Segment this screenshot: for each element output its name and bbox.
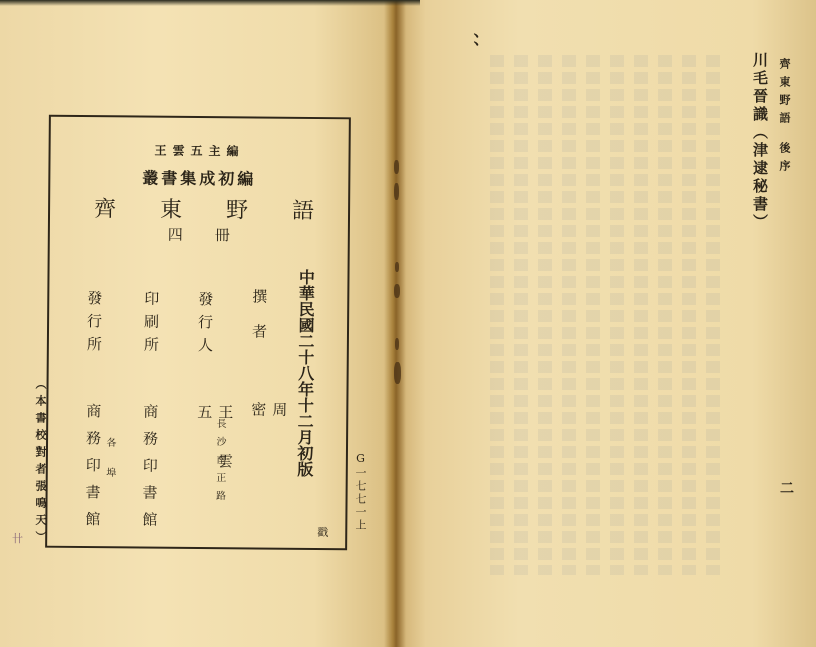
show-through-text [586, 55, 600, 575]
book-title: 齊東野語 [50, 192, 348, 226]
page-top-shadow [0, 0, 420, 6]
show-through-text [682, 55, 696, 575]
running-header-section: 後序 [778, 142, 791, 178]
postface-signature: 川毛晉識（津逮秘書） [750, 52, 771, 232]
catalog-code: G一七七一上 [352, 452, 368, 532]
volume-count: 四冊 [50, 223, 348, 247]
gutter-stain [394, 362, 401, 384]
author-label: 撰者 [249, 288, 271, 358]
show-through-text [562, 55, 576, 575]
publisher-person-label: 發行人 [195, 291, 217, 360]
show-through-text [490, 55, 504, 575]
show-through-text [514, 55, 528, 575]
printer-label: 印刷所 [141, 291, 163, 360]
colophon-box: 王雲五主編 叢書集成初編 齊東野語 四冊 中華民國二十八年十二月初版 撰者 周密… [45, 115, 351, 551]
editor-credit: 王雲五主編 [51, 141, 349, 161]
show-through-text [634, 55, 648, 575]
author-name: 周密 [247, 401, 290, 547]
stamp-mark: 卄 [12, 530, 23, 546]
seal-mark: 戳 [317, 524, 328, 540]
proofreader-note: （本書校對者張鳴天） [32, 378, 48, 548]
show-through-text [706, 55, 720, 575]
publication-date: 中華民國二十八年十二月初版 [296, 269, 314, 477]
punctuation-marks: 、、 [464, 33, 476, 57]
distributor-note: 各埠 [102, 437, 118, 497]
gutter-stain [394, 160, 399, 174]
show-through-text [610, 55, 624, 575]
publisher-address: 長沙南正路 [211, 418, 227, 508]
page-number: 二 [780, 478, 794, 498]
show-through-text [538, 55, 552, 575]
gutter-stain [394, 183, 399, 200]
running-header: 齊東野語後序 [776, 58, 792, 178]
gutter-stain [395, 338, 399, 350]
running-header-title: 齊東野語 [778, 58, 791, 130]
book-gutter [384, 0, 406, 647]
distributor-label: 發行所 [84, 290, 106, 359]
book-spread: 王雲五主編 叢書集成初編 齊東野語 四冊 中華民國二十八年十二月初版 撰者 周密… [0, 0, 816, 647]
printer-name: 商務印書館 [139, 403, 161, 538]
gutter-stain [394, 284, 400, 298]
gutter-stain [395, 262, 399, 272]
series-title: 叢書集成初編 [50, 165, 348, 191]
show-through-text [658, 55, 672, 575]
